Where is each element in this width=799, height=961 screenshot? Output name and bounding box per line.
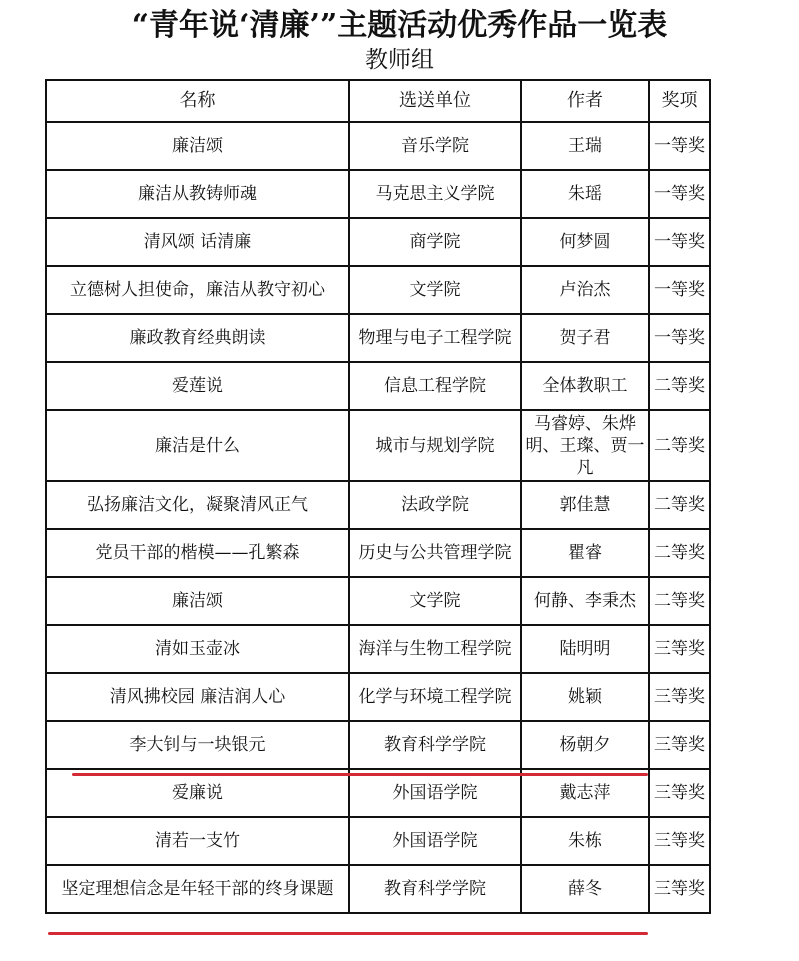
header-name: 名称: [46, 80, 349, 122]
cell-unit: 化学与环境工程学院: [349, 673, 521, 721]
table-row: 廉洁从教铸师魂 马克思主义学院 朱瑶 一等奖: [46, 170, 710, 218]
cell-award: 二等奖: [649, 410, 710, 481]
table-row: 清若一支竹 外国语学院 朱栋 三等奖: [46, 817, 710, 865]
cell-award: 二等奖: [649, 481, 710, 529]
awards-table: 名称 选送单位 作者 奖项 廉洁颂 音乐学院 王瑞 一等奖 廉洁从教铸师魂 马克…: [45, 79, 711, 914]
cell-name: 廉洁颂: [46, 577, 349, 625]
cell-award: 三等奖: [649, 817, 710, 865]
table-row: 清如玉壶冰 海洋与生物工程学院 陆明明 三等奖: [46, 625, 710, 673]
cell-author: 戴志萍: [521, 769, 649, 817]
cell-name: 爱廉说: [46, 769, 349, 817]
cell-award: 三等奖: [649, 769, 710, 817]
cell-author: 瞿睿: [521, 529, 649, 577]
cell-author: 薛冬: [521, 865, 649, 913]
cell-award: 三等奖: [649, 625, 710, 673]
header-author: 作者: [521, 80, 649, 122]
cell-name: 立德树人担使命，廉洁从教守初心: [46, 266, 349, 314]
cell-unit: 马克思主义学院: [349, 170, 521, 218]
cell-author: 陆明明: [521, 625, 649, 673]
cell-name: 廉政教育经典朗读: [46, 314, 349, 362]
cell-unit: 历史与公共管理学院: [349, 529, 521, 577]
cell-author: 姚颖: [521, 673, 649, 721]
header-unit: 选送单位: [349, 80, 521, 122]
cell-author: 卢治杰: [521, 266, 649, 314]
cell-unit: 外国语学院: [349, 817, 521, 865]
table-row: 清风颂 话清廉 商学院 何梦圆 一等奖: [46, 218, 710, 266]
group-subtitle: 教师组: [0, 44, 799, 76]
document-title: “青年说‘清廉’”主题活动优秀作品一览表: [0, 6, 799, 46]
cell-name: 爱莲说: [46, 362, 349, 410]
cell-name: 弘扬廉洁文化，凝聚清风正气: [46, 481, 349, 529]
cell-name: 清若一支竹: [46, 817, 349, 865]
cell-author: 贺子君: [521, 314, 649, 362]
cell-author: 朱栋: [521, 817, 649, 865]
table-row: 党员干部的楷模——孔繁森 历史与公共管理学院 瞿睿 二等奖: [46, 529, 710, 577]
cell-award: 二等奖: [649, 362, 710, 410]
cell-award: 二等奖: [649, 577, 710, 625]
table-row: 爱廉说 外国语学院 戴志萍 三等奖: [46, 769, 710, 817]
cell-award: 三等奖: [649, 865, 710, 913]
cell-name: 党员干部的楷模——孔繁森: [46, 529, 349, 577]
cell-author: 何梦圆: [521, 218, 649, 266]
cell-award: 一等奖: [649, 266, 710, 314]
cell-name: 坚定理想信念是年轻干部的终身课题: [46, 865, 349, 913]
table-row: 廉洁是什么 城市与规划学院 马睿婷、朱烨明、王璨、贾一凡 二等奖: [46, 410, 710, 481]
cell-author: 郭佳慧: [521, 481, 649, 529]
header-award: 奖项: [649, 80, 710, 122]
cell-name: 清风颂 话清廉: [46, 218, 349, 266]
cell-author: 何静、李秉杰: [521, 577, 649, 625]
cell-unit: 信息工程学院: [349, 362, 521, 410]
cell-award: 一等奖: [649, 314, 710, 362]
cell-unit: 商学院: [349, 218, 521, 266]
cell-award: 一等奖: [649, 218, 710, 266]
table-header-row: 名称 选送单位 作者 奖项: [46, 80, 710, 122]
table-row: 立德树人担使命，廉洁从教守初心 文学院 卢治杰 一等奖: [46, 266, 710, 314]
cell-author: 王瑞: [521, 122, 649, 170]
cell-author: 杨朝夕: [521, 721, 649, 769]
table-row-highlighted: 李大钊与一块银元 教育科学学院 杨朝夕 三等奖: [46, 721, 710, 769]
cell-award: 二等奖: [649, 529, 710, 577]
cell-unit: 文学院: [349, 266, 521, 314]
cell-name: 廉洁颂: [46, 122, 349, 170]
table-row: 清风拂校园 廉洁润人心 化学与环境工程学院 姚颖 三等奖: [46, 673, 710, 721]
cell-award: 三等奖: [649, 721, 710, 769]
red-underline-annotation: [72, 773, 648, 776]
table-row: 廉洁颂 音乐学院 王瑞 一等奖: [46, 122, 710, 170]
cell-unit: 海洋与生物工程学院: [349, 625, 521, 673]
table-row: 廉洁颂 文学院 何静、李秉杰 二等奖: [46, 577, 710, 625]
cell-unit: 教育科学学院: [349, 721, 521, 769]
table-row: 弘扬廉洁文化，凝聚清风正气 法政学院 郭佳慧 二等奖: [46, 481, 710, 529]
table-row: 爱莲说 信息工程学院 全体教职工 二等奖: [46, 362, 710, 410]
cell-name: 清如玉壶冰: [46, 625, 349, 673]
cell-name: 清风拂校园 廉洁润人心: [46, 673, 349, 721]
cell-unit: 教育科学学院: [349, 865, 521, 913]
cell-award: 一等奖: [649, 122, 710, 170]
cell-unit: 法政学院: [349, 481, 521, 529]
cell-unit: 音乐学院: [349, 122, 521, 170]
cell-author: 马睿婷、朱烨明、王璨、贾一凡: [521, 410, 649, 481]
cell-name: 廉洁是什么: [46, 410, 349, 481]
cell-name: 廉洁从教铸师魂: [46, 170, 349, 218]
cell-unit: 物理与电子工程学院: [349, 314, 521, 362]
table-row-highlighted: 坚定理想信念是年轻干部的终身课题 教育科学学院 薛冬 三等奖: [46, 865, 710, 913]
cell-unit: 城市与规划学院: [349, 410, 521, 481]
table-row: 廉政教育经典朗读 物理与电子工程学院 贺子君 一等奖: [46, 314, 710, 362]
cell-author: 朱瑶: [521, 170, 649, 218]
cell-author: 全体教职工: [521, 362, 649, 410]
cell-unit: 文学院: [349, 577, 521, 625]
cell-award: 三等奖: [649, 673, 710, 721]
cell-award: 一等奖: [649, 170, 710, 218]
cell-name: 李大钊与一块银元: [46, 721, 349, 769]
cell-unit: 外国语学院: [349, 769, 521, 817]
red-underline-annotation: [48, 932, 648, 935]
